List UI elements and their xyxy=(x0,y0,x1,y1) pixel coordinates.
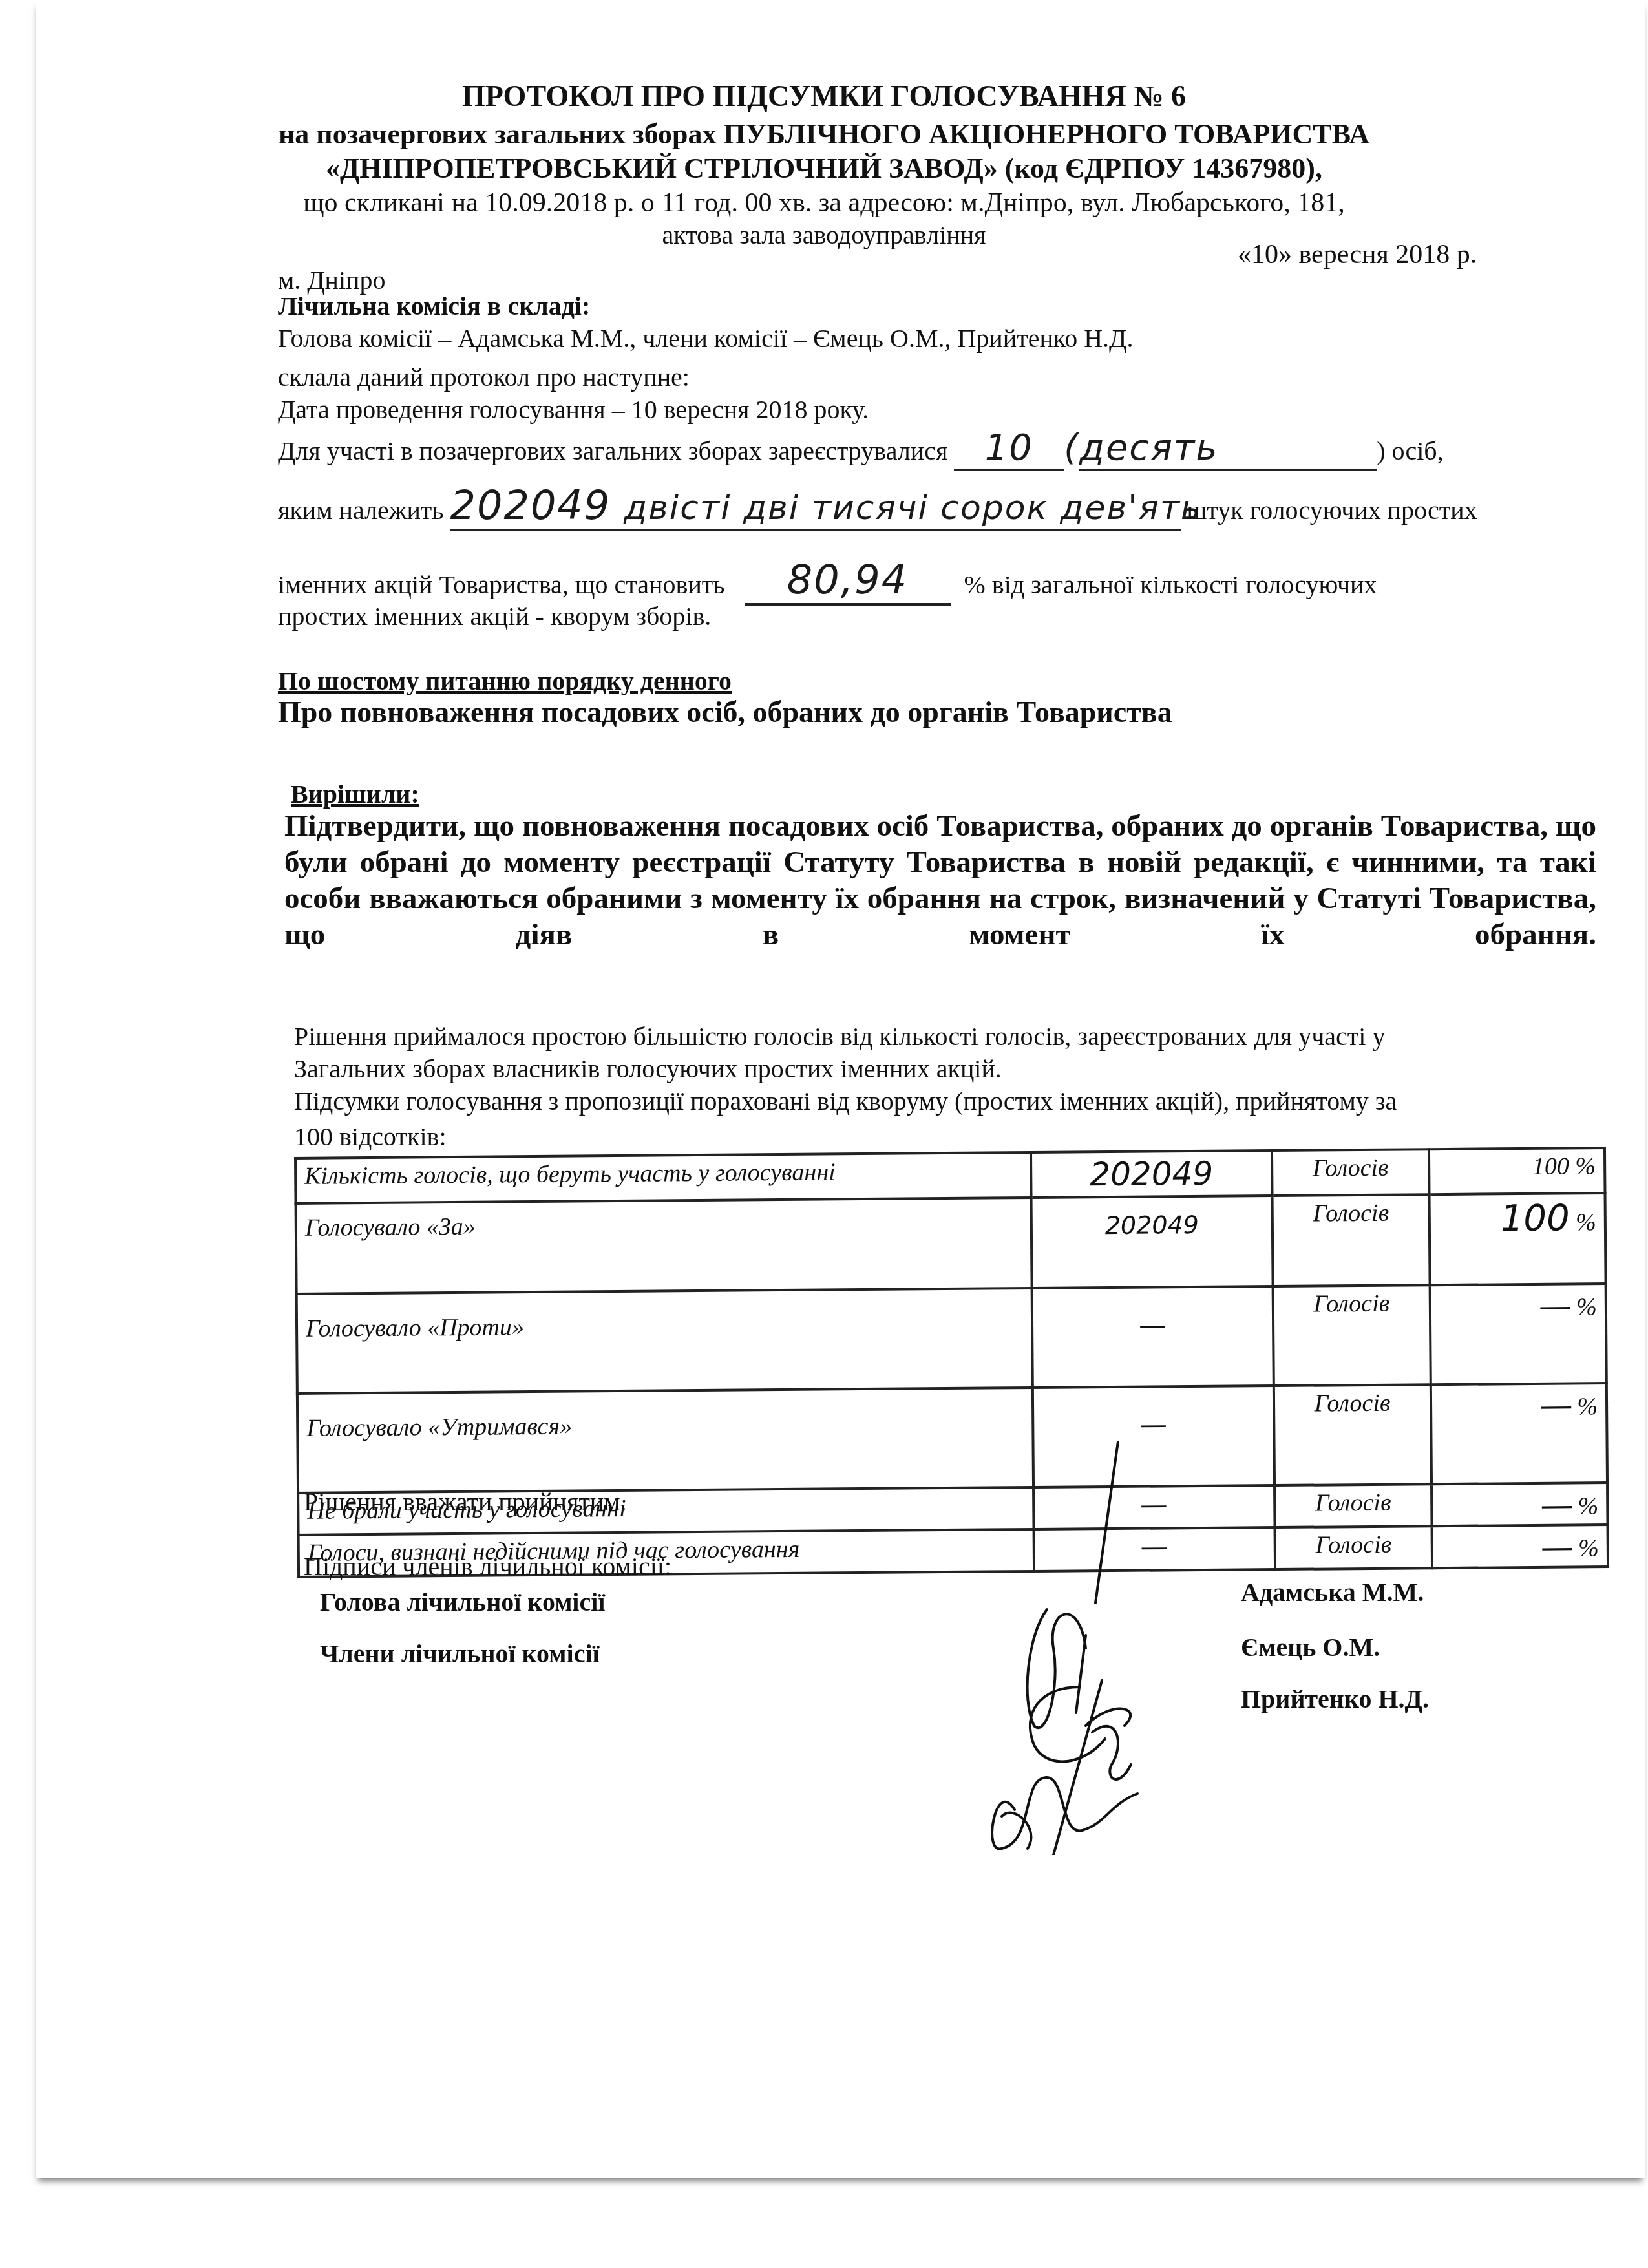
percent-value: — xyxy=(1541,1388,1571,1421)
registered-count-field: 10 xyxy=(954,427,1064,471)
signature-strokes xyxy=(956,1441,1150,1855)
table-row: Голосувало «Проти» — Голосів — % xyxy=(297,1284,1607,1394)
table-row: Голосувало «За» 202049 Голосів 100 % xyxy=(296,1193,1606,1294)
row-unit: Голосів xyxy=(1274,1484,1432,1527)
percent-sign: % xyxy=(1577,1393,1598,1420)
registered-words: десять xyxy=(1079,427,1218,469)
signer-name-2: Ємець О.М. xyxy=(1241,1632,1380,1662)
shares-field: 202049 двісті дві тисячі сорок дев'ять xyxy=(450,482,1181,531)
percent-value: — xyxy=(1542,1487,1572,1520)
quorum-percent: 80,94 xyxy=(787,556,909,603)
row-unit: Голосів xyxy=(1275,1526,1433,1569)
row-label: Голосувало «Утримався» xyxy=(297,1388,1033,1493)
shares-words: двісті дві тисячі сорок дев'ять xyxy=(624,489,1201,527)
title-line-company-name: «ДНІПРОПЕТРОВСЬКИЙ СТРІЛОЧНИЙ ЗАВОД» (ко… xyxy=(0,152,1648,185)
agenda-item-title: Про повноваження посадових осіб, обраних… xyxy=(278,695,1172,729)
table-row: Голосувало «Утримався» — Голосів — % xyxy=(297,1383,1607,1493)
voting-info-line-2: Загальних зборах власників голосуючих пр… xyxy=(294,1054,1002,1084)
title-line-meeting: що скликані на 10.09.2018 р. о 11 год. 0… xyxy=(0,187,1648,218)
commission-members: Голова комісії – Адамська М.М., члени ко… xyxy=(278,323,1133,354)
agenda-item-heading: По шостому питанню порядку денного xyxy=(278,666,732,696)
decided-heading: Вирішили: xyxy=(291,779,419,809)
row-percent: — % xyxy=(1431,1383,1607,1484)
shares-count: 202049 xyxy=(450,482,611,529)
voting-info-line-4: 100 відсотків: xyxy=(294,1121,447,1152)
document-date: «10» вересня 2018 р. xyxy=(1238,239,1477,270)
percent-sign: % xyxy=(1575,1152,1596,1180)
row-label: Кількість голосів, що беруть участь у го… xyxy=(295,1152,1031,1203)
row-unit: Голосів xyxy=(1273,1285,1431,1386)
row-unit: Голосів xyxy=(1273,1194,1430,1286)
percent-field: 80,94 xyxy=(745,556,951,606)
percent-sign: % xyxy=(1578,1534,1599,1562)
registered-prefix: Для участі в позачергових загальних збор… xyxy=(278,436,947,465)
row-value: — xyxy=(1032,1286,1274,1388)
voting-info-line-3: Підсумки голосування з пропозиції порахо… xyxy=(294,1086,1397,1116)
row-value: 202049 xyxy=(1031,1196,1273,1288)
row-unit: Голосів xyxy=(1274,1384,1431,1485)
commission-heading: Лічильна комісія в складі: xyxy=(278,291,590,321)
percent-value: 100 xyxy=(1532,1153,1569,1180)
percent-sign: % xyxy=(1576,1209,1596,1236)
document-title: ПРОТОКОЛ ПРО ПІДСУМКИ ГОЛОСУВАННЯ № 6 xyxy=(0,79,1648,113)
row-unit: Голосів xyxy=(1272,1149,1430,1196)
row-percent: — % xyxy=(1432,1525,1609,1568)
shares-line: яким належить 202049 двісті дві тисячі с… xyxy=(278,482,1477,531)
shares-prefix: яким належить xyxy=(278,496,444,525)
percent-value: — xyxy=(1542,1529,1572,1562)
chair-label: Голова лічильної комісії xyxy=(320,1587,605,1617)
open-paren: ( xyxy=(1064,427,1079,469)
signer-name-3: Прийтенко Н.Д. xyxy=(1241,1684,1429,1714)
row-percent: — % xyxy=(1431,1483,1608,1526)
percent-sign: % xyxy=(1576,1293,1597,1320)
percent-sign: % xyxy=(1578,1492,1598,1520)
signatures-heading: Підписи членів лічильної комісії: xyxy=(304,1551,671,1582)
row-label: Голосувало «Проти» xyxy=(297,1288,1033,1394)
row-value: 202049 xyxy=(1031,1150,1273,1198)
conclusion: Рішення вважати прийнятим. xyxy=(304,1487,627,1517)
quorum-line: простих іменних акцій - кворум зборів. xyxy=(278,601,711,631)
signer-name-1: Адамська М.М. xyxy=(1241,1577,1424,1607)
decision-text: Підтвердити, що повноваження посадових о… xyxy=(284,808,1596,953)
percent-suffix: % від загальної кількості голосуючих xyxy=(964,570,1377,599)
members-label: Члени лічильної комісії xyxy=(320,1638,600,1669)
registered-line: Для участі в позачергових загальних збор… xyxy=(278,427,1444,471)
vote-date-line: Дата проведення голосування – 10 вересня… xyxy=(278,394,869,425)
title-line-company: на позачергових загальних зборах ПУБЛІЧН… xyxy=(0,118,1648,151)
registered-words-field: десять xyxy=(1079,427,1377,471)
protocol-intro: склала даний протокол про наступне: xyxy=(278,362,690,392)
row-percent: 100 % xyxy=(1429,1148,1605,1194)
percent-line: іменних акцій Товариства, що становить 8… xyxy=(278,556,1583,606)
registered-suffix: ) осіб, xyxy=(1377,436,1444,465)
percent-prefix: іменних акцій Товариства, що становить xyxy=(278,570,725,599)
row-label: Голосувало «За» xyxy=(296,1198,1032,1294)
percent-value: — xyxy=(1541,1288,1570,1321)
percent-value: 100 xyxy=(1501,1198,1570,1240)
row-percent: 100 % xyxy=(1430,1193,1606,1285)
row-percent: — % xyxy=(1430,1284,1607,1384)
voting-info-line-1: Рішення приймалося простою більшістю гол… xyxy=(294,1021,1385,1052)
registered-count: 10 xyxy=(985,427,1033,469)
shares-suffix: штук голосуючих простих xyxy=(1187,496,1477,525)
